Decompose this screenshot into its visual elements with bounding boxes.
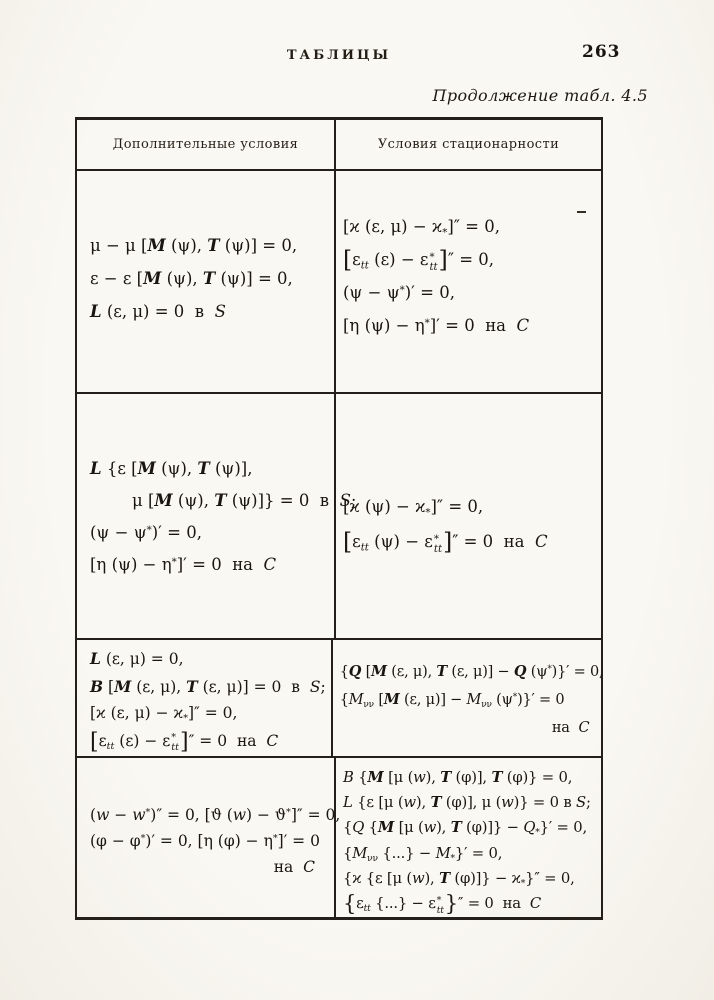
formula-line: B [M (ε, μ), T (ε, μ)] = 0 в S;	[90, 678, 326, 706]
formula-line: на C	[340, 720, 604, 748]
table-row: (w − w*)″ = 0, [ϑ (w) − ϑ*]″ = 0,(φ − φ*…	[77, 756, 601, 917]
formula-line: [εtt (ψ) − ε*tt]″ = 0 на C	[343, 533, 595, 568]
cell-stationarity-conditions: {Q [M (ε, μ), T (ε, μ)] − Q (ψ*)}′ = 0,{…	[331, 640, 610, 756]
cell-stationarity-conditions: B {M [μ (w), T (φ)], T (φ)} = 0,L {ε [μ …	[334, 758, 601, 917]
formula-line: {Q [M (ε, μ), T (ε, μ)] − Q (ψ*)}′ = 0,	[340, 664, 604, 692]
formula-line: [εtt (ε) − ε*tt]″ = 0,	[343, 251, 595, 284]
formula-line: на C	[90, 859, 329, 885]
formula-line: [ϰ (ε, μ) − ϰ*]″ = 0,	[343, 218, 595, 251]
formula-line: {εtt {...} − ε*tt}″ = 0 на C	[343, 895, 595, 920]
formula-line: [ϰ (ψ) − ϰ*]″ = 0,	[343, 498, 595, 533]
formula-line: L (ε, μ) = 0,	[90, 650, 326, 678]
cell-additional-conditions: μ − μ [M (ψ), T (ψ)] = 0,ε − ε [M (ψ), T…	[77, 171, 334, 392]
formula-line: [η (ψ) − η*]′ = 0 на C	[343, 317, 595, 350]
formula-line: [η (ψ) − η*]′ = 0 на C	[90, 556, 329, 588]
formula-line: {Mνν {...} − M*}′ = 0,	[343, 845, 595, 870]
cell-stationarity-conditions: [ϰ (ψ) − ϰ*]″ = 0,[εtt (ψ) − ε*tt]″ = 0 …	[334, 394, 601, 638]
formula-line: (ψ − ψ*)′ = 0,	[343, 284, 595, 317]
formula-line: μ [M (ψ), T (ψ)]} = 0 в S;	[90, 492, 329, 524]
table-row: μ − μ [M (ψ), T (ψ)] = 0,ε − ε [M (ψ), T…	[77, 171, 601, 392]
formula-line: {ϰ {ε [μ (w), T (φ)]} − ϰ*}″ = 0,	[343, 870, 595, 895]
column-header-stationarity-conditions: Условия стационарности	[334, 120, 601, 169]
formula-line: (ψ − ψ*)′ = 0,	[90, 524, 329, 556]
column-header-additional-conditions: Дополнительные условия	[77, 120, 334, 169]
formula-line: ε − ε [M (ψ), T (ψ)] = 0,	[90, 270, 329, 303]
table-header-row: Дополнительные условия Условия стационар…	[77, 120, 601, 171]
running-head: ТАБЛИЦЫ	[287, 48, 391, 63]
formula-line: B {M [μ (w), T (φ)], T (φ)} = 0,	[343, 769, 595, 794]
table-continuation-caption: Продолжение табл. 4.5	[432, 86, 648, 105]
formula-line: (w − w*)″ = 0, [ϑ (w) − ϑ*]″ = 0,	[90, 807, 329, 833]
table-row: L {ε [M (ψ), T (ψ)],μ [M (ψ), T (ψ)]} = …	[77, 392, 601, 638]
formula-line: (φ − φ*)′ = 0, [η (φ) − η*]′ = 0	[90, 833, 329, 859]
formula-line: {Mνν [M (ε, μ)] − Mνν (ψ*)}′ = 0	[340, 692, 604, 720]
formula-line: L {ε [M (ψ), T (ψ)],	[90, 460, 329, 492]
formula-line: [εtt (ε) − ε*tt]″ = 0 на C	[90, 733, 326, 761]
page-number: 263	[582, 42, 621, 62]
cell-additional-conditions: (w − w*)″ = 0, [ϑ (w) − ϑ*]″ = 0,(φ − φ*…	[77, 758, 334, 917]
table-row: L (ε, μ) = 0,B [M (ε, μ), T (ε, μ)] = 0 …	[77, 638, 601, 756]
masthead: ТАБЛИЦЫ	[75, 44, 603, 63]
formula-line: L {ε [μ (w), T (φ)], μ (w)} = 0 в S;	[343, 794, 595, 819]
formula-line: {Q {M [μ (w), T (φ)]} − Q*}′ = 0,	[343, 819, 595, 844]
conditions-table: Дополнительные условия Условия стационар…	[75, 117, 603, 920]
cell-stationarity-conditions: [ϰ (ε, μ) − ϰ*]″ = 0,[εtt (ε) − ε*tt]″ =…	[334, 171, 601, 392]
formula-line: L (ε, μ) = 0 в S	[90, 303, 329, 336]
formula-line: μ − μ [M (ψ), T (ψ)] = 0,	[90, 237, 329, 270]
cell-additional-conditions: L (ε, μ) = 0,B [M (ε, μ), T (ε, μ)] = 0 …	[77, 640, 331, 756]
ink-speck-mark	[577, 211, 586, 213]
formula-line: [ϰ (ε, μ) − ϰ*]″ = 0,	[90, 705, 326, 733]
scanned-book-page: ТАБЛИЦЫ 263 Продолжение табл. 4.5 Дополн…	[0, 0, 714, 1000]
cell-additional-conditions: L {ε [M (ψ), T (ψ)],μ [M (ψ), T (ψ)]} = …	[77, 394, 334, 638]
